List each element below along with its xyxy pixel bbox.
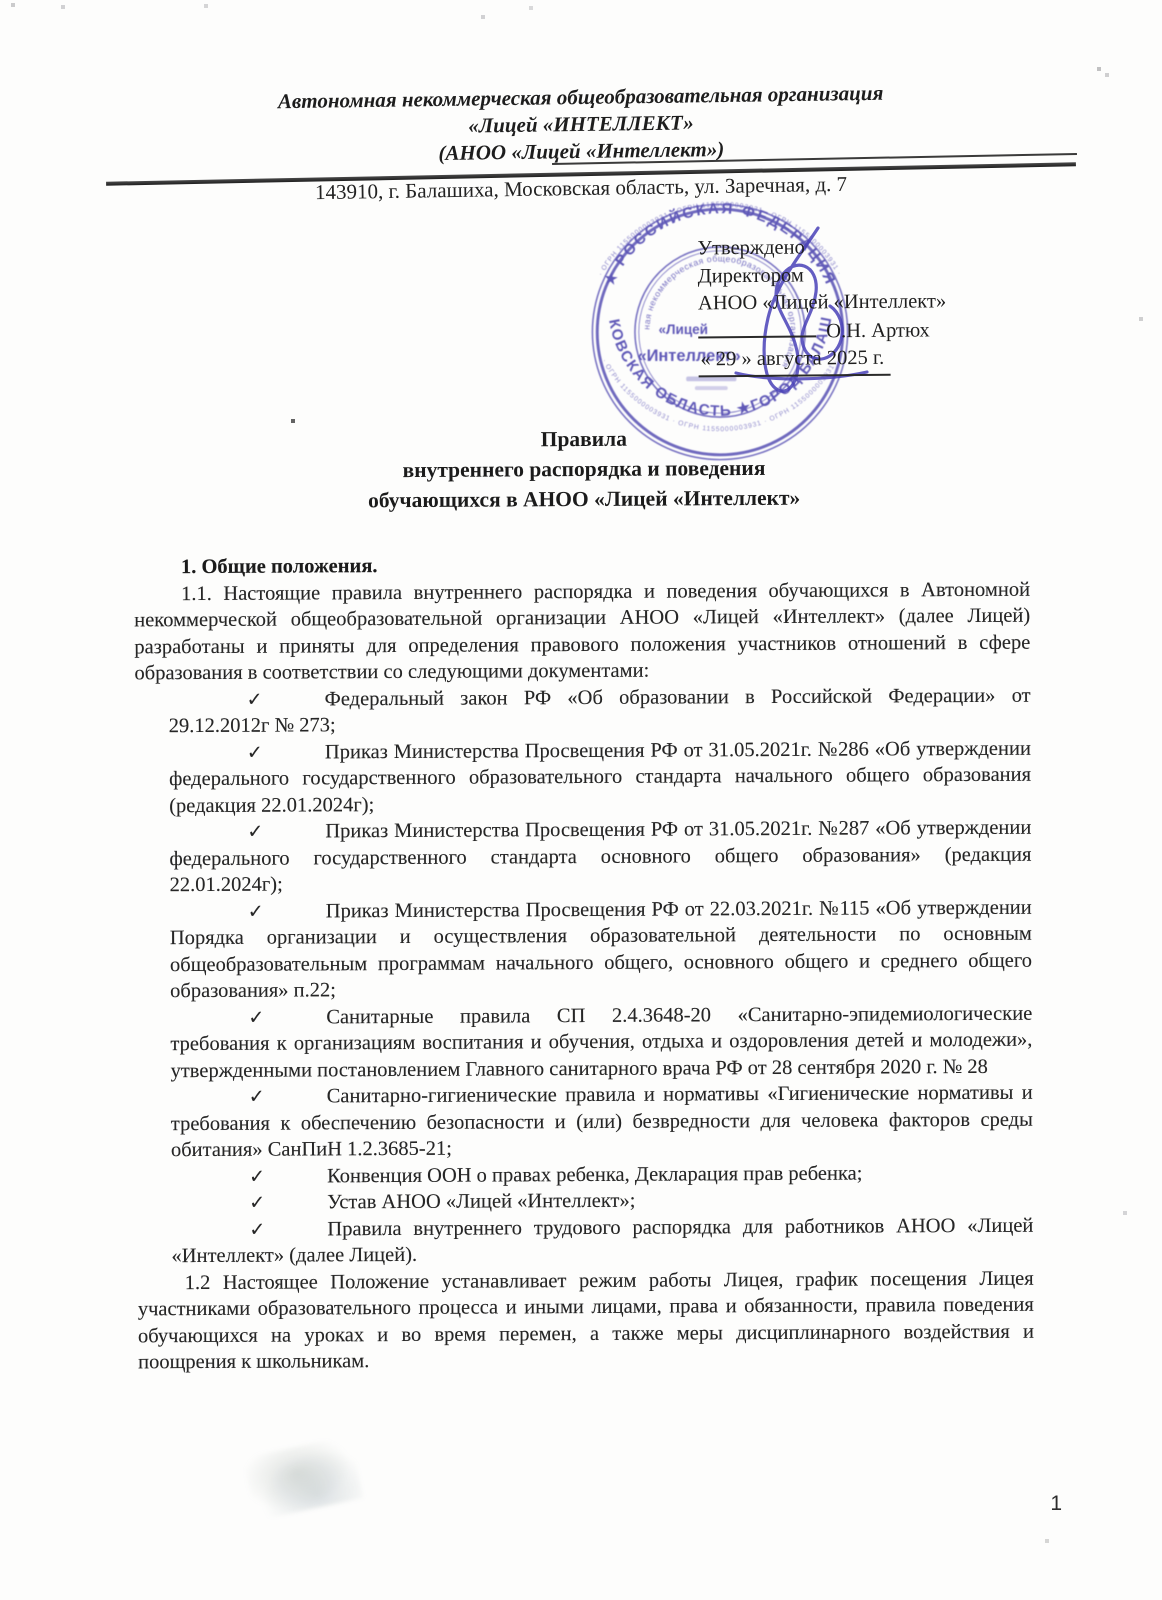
list-item: ✓Санитарные правила СП 2.4.3648-20 «Сани… [136,1000,1032,1084]
approval-line1: Утверждено [697,233,1027,263]
list-item-text: Устав АНОО «Лицей «Интеллект»; [327,1190,635,1214]
document-title: Правила внутреннего распорядка и поведен… [136,421,1033,516]
list-item: ✓Федеральный закон РФ «Об образовании в … [135,682,1031,740]
document-title-line3: обучающихся в АНОО «Лицей «Интеллект» [136,481,1032,516]
list-item: ✓Санитарно-гигиенические правила и норма… [137,1080,1033,1164]
scan-smudge [243,1435,364,1520]
checkmark-icon: ✓ [171,1216,327,1243]
director-name: О.Н. Артюх [826,319,930,342]
approval-date: « 29 » августа 2025 г. [698,345,890,377]
paragraph-1-1: 1.1. Настоящие правила внутреннего распо… [134,576,1031,687]
checkmark-icon: ✓ [171,1189,327,1216]
scanned-document-page: Автономная некоммерческая общеобразовате… [0,0,1162,1600]
checkmark-icon: ✓ [169,739,325,766]
approval-line3: АНОО «Лицей «Интеллект» [698,288,1028,318]
checkmark-icon: ✓ [169,818,325,845]
list-item: ✓Приказ Министерства Просвещения РФ от 3… [135,735,1031,819]
list-item: ✓Правила внутреннего трудового распорядк… [137,1212,1033,1270]
document-body: 1. Общие положения. 1.1. Настоящие прави… [134,550,1034,1376]
approval-block: Утверждено Директором АНОО «Лицей «Интел… [697,233,1028,377]
checkmark-icon: ✓ [170,898,326,925]
paragraph-1-2: 1.2 Настоящее Положение устанавливает ре… [138,1265,1035,1376]
page-number: 1 [1050,1492,1062,1516]
approval-signature-line: О.Н. Артюх [698,315,1028,346]
approval-date-line: « 29 » августа 2025 г. [698,344,1028,377]
scan-noise-specks [0,0,2,2]
checkmark-icon: ✓ [170,1004,326,1031]
checkmark-icon: ✓ [171,1163,327,1190]
list-item-text: Конвенция ООН о правах ребенка, Декларац… [327,1162,862,1187]
list-item: ✓Приказ Министерства Просвещения РФ от 3… [135,815,1031,899]
letterhead: Автономная некоммерческая общеобразовате… [0,76,1162,173]
checkmark-icon: ✓ [169,686,325,713]
signature-line [698,317,816,338]
checkmark-icon: ✓ [171,1083,327,1110]
approval-line2: Директором [698,260,1028,290]
list-item: ✓Приказ Министерства Просвещения РФ от 2… [136,894,1033,1005]
